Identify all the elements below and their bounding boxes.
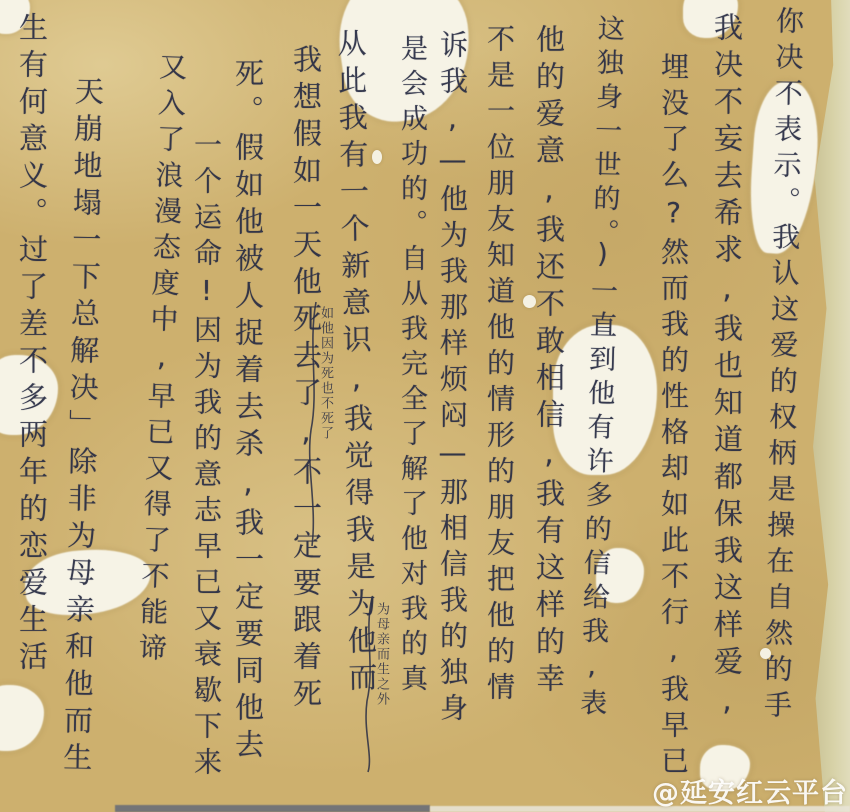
text-column-2: 我决不妄去希求,我也知道都保我这样爱, xyxy=(707,12,748,725)
torn-paper-patch xyxy=(0,685,44,751)
text-column-12: 一个运命!因为我的意志早已又衰歇下来 xyxy=(186,130,226,783)
interlinear-note-1: 如他因为死也不死了 xyxy=(316,306,335,441)
scan-edge-dark-strip xyxy=(115,805,430,812)
text-column-15: 生有何意义。过了差不多两年的恋爱生活 xyxy=(12,12,53,678)
text-column-14: 天崩地塌一下总解决」除非为母亲和他而生 xyxy=(56,76,109,780)
text-column-5: 他的爱意,我还不敢相信,我有这样的幸 xyxy=(529,24,570,700)
text-column-13: 又入了浪漫态度中,早已又得了不能谛 xyxy=(130,51,192,669)
platform-watermark: @延安红云平台 xyxy=(652,771,848,810)
text-column-6: 不是一位朋友知道他的情形的朋友把他的情 xyxy=(479,24,519,708)
text-column-7: 诉我,—他为我那样烦闷—那相信我的独身 xyxy=(432,30,472,729)
text-column-11: 死。假如他被人捉着去杀,我一定要同他去 xyxy=(228,58,269,766)
text-column-3: 埋没了么?然而我的性格却如此不行,我早已 xyxy=(653,52,693,782)
interlinear-note-2: 为母亲而生之外 xyxy=(372,602,391,707)
text-column-8: 是会成功的。自从我完全了解了他对我的真 xyxy=(392,34,431,699)
manuscript-page: 你决不表示。我认这爱的权柄是操在自然的手 我决不妄去希求,我也知道都保我这样爱,… xyxy=(0,0,850,812)
